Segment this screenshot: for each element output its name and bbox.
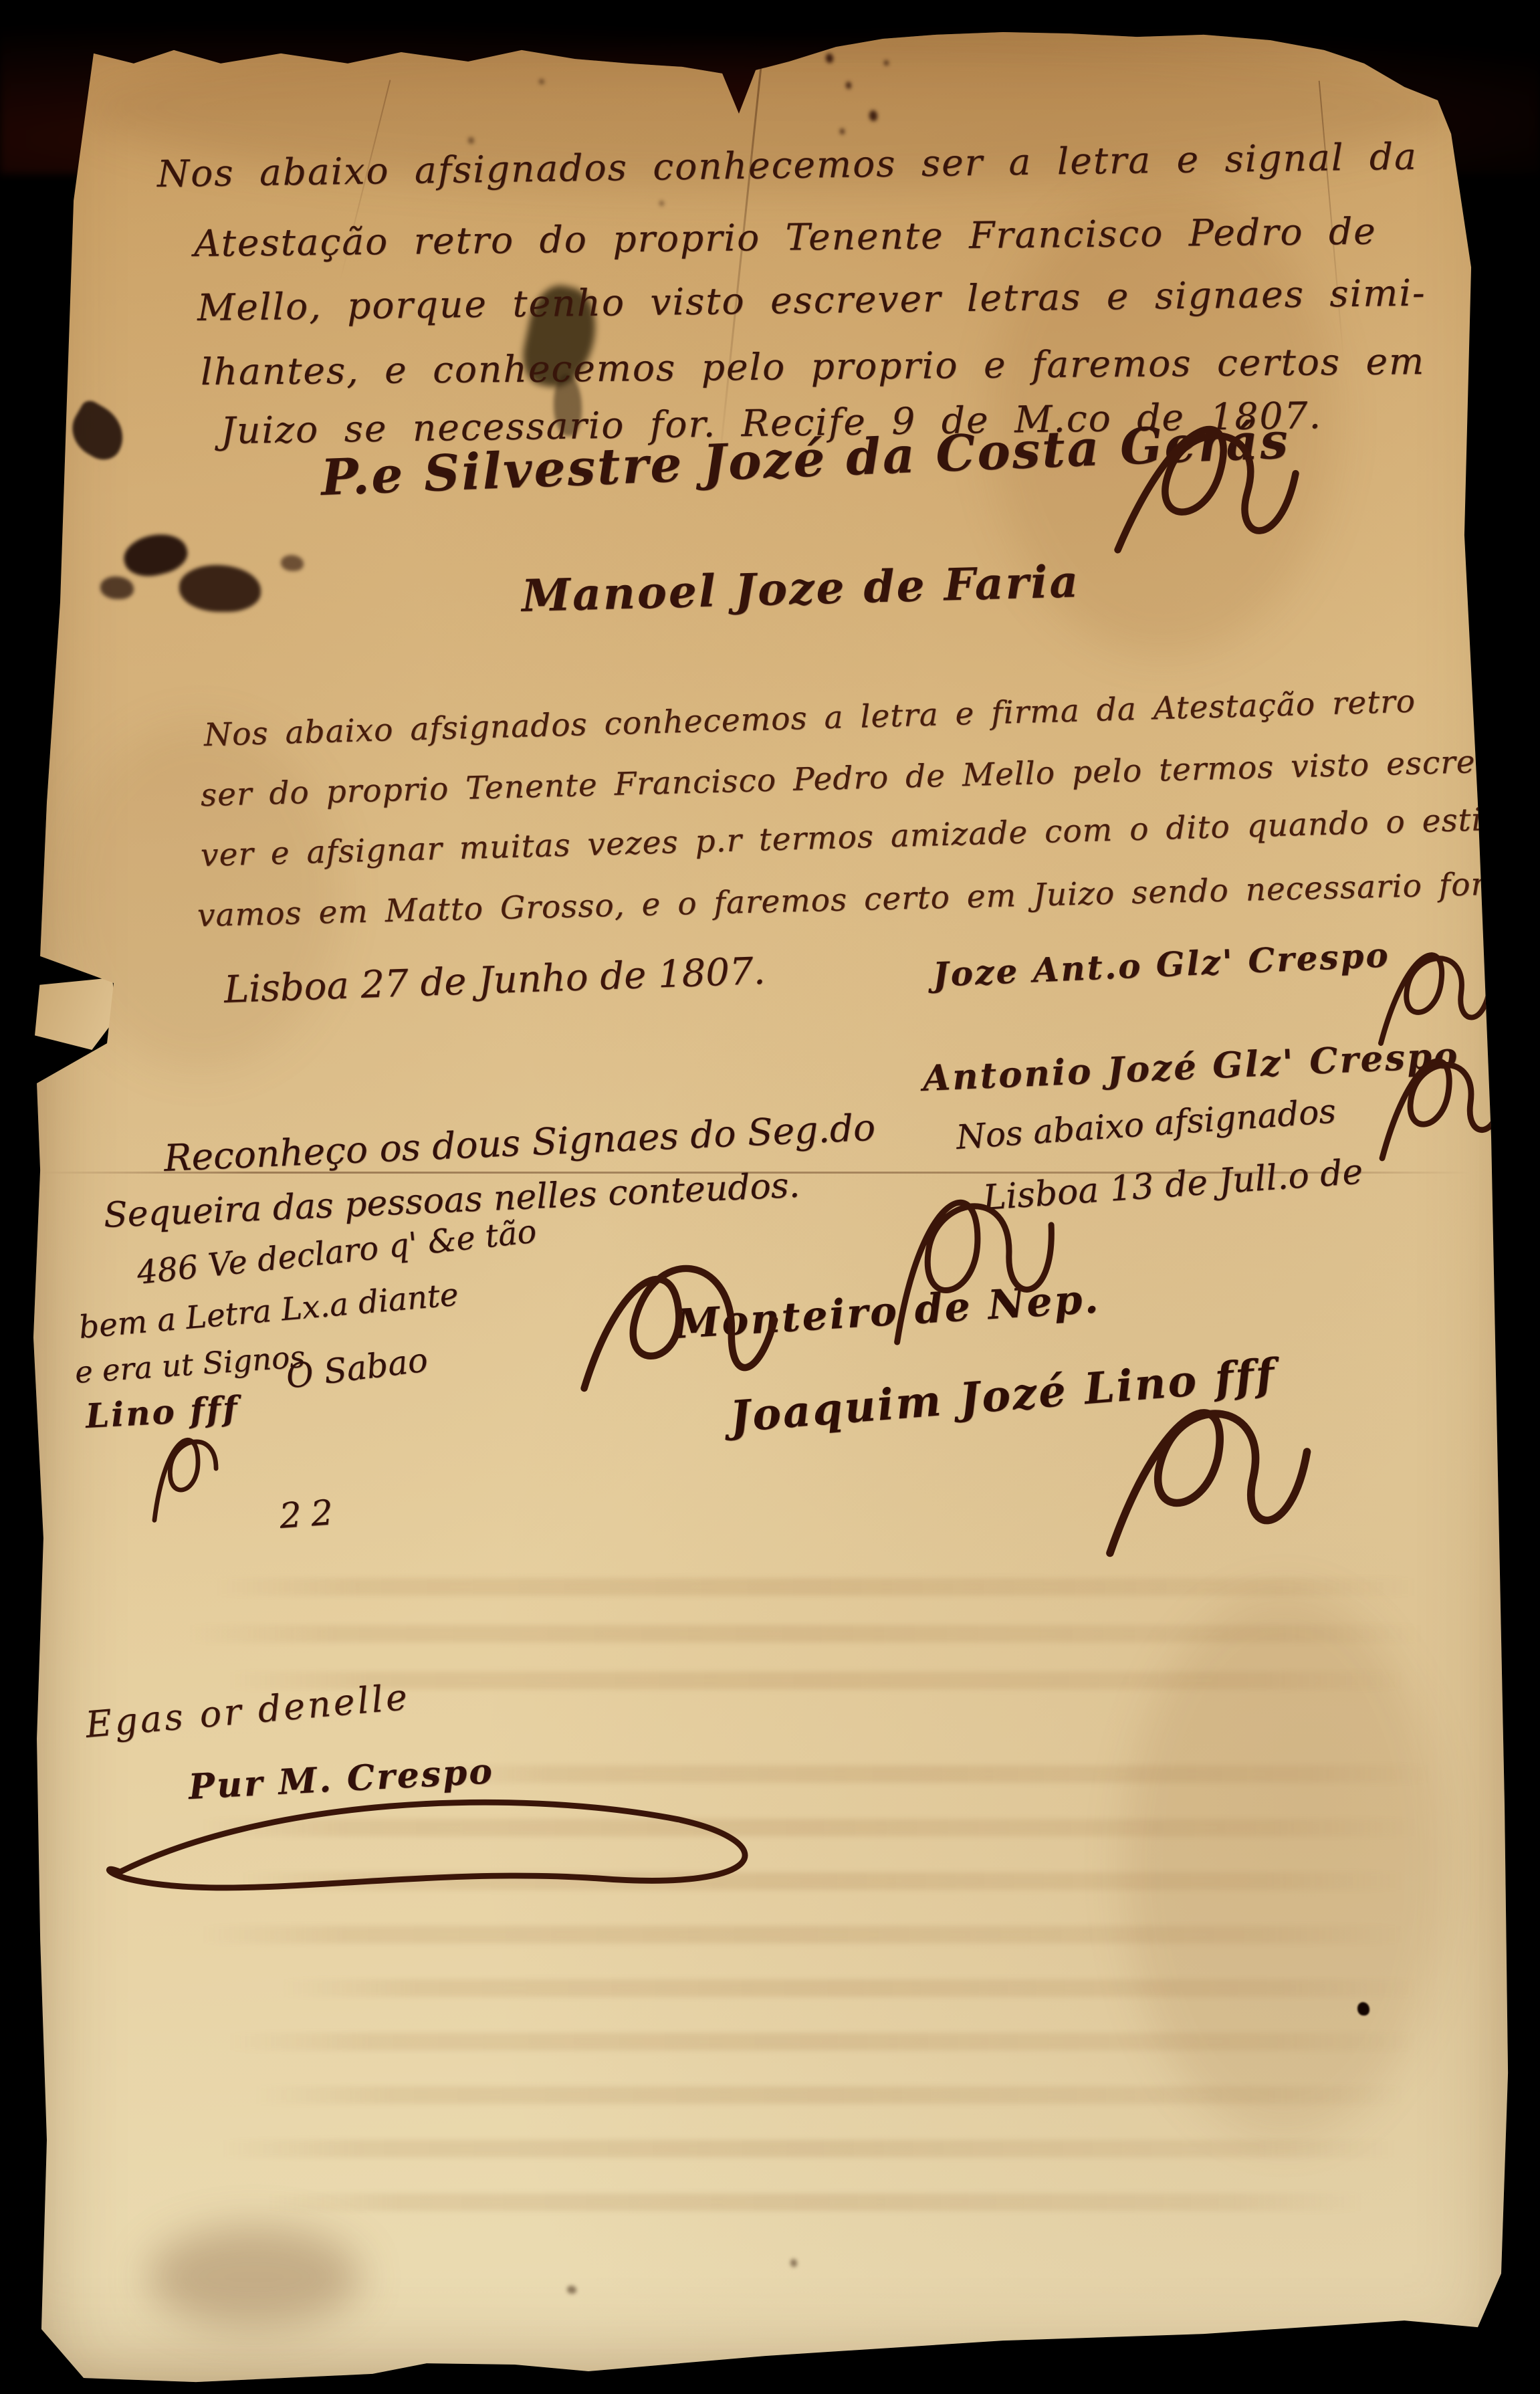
bleed-through-stain xyxy=(227,2033,1418,2050)
pen-flourish xyxy=(1357,1033,1525,1180)
pen-flourish xyxy=(1086,1353,1329,1596)
manuscript-paper: Nos abaixo afsignados conhecemos ser a l… xyxy=(0,0,1540,2394)
ink-mark xyxy=(62,397,134,466)
ink-stain xyxy=(120,528,191,583)
signature-joze-antonio-crespo: Joze Ant.o Glz' Crespo xyxy=(932,935,1391,994)
manuscript-line: Nos abaixo afsignados conhecemos a letra… xyxy=(203,683,1416,754)
manuscript-line: Nos abaixo afsignados xyxy=(955,1091,1337,1157)
manuscript-line: ser do proprio Tenente Francisco Pedro d… xyxy=(200,744,1487,814)
manuscript-line: e era ut Signos xyxy=(74,1339,306,1390)
ink-speck xyxy=(790,2259,797,2267)
bleed-through-stain xyxy=(281,1979,1418,1997)
page-number: 22 xyxy=(278,1493,344,1537)
ink-speck xyxy=(884,60,889,66)
ink-stain xyxy=(281,555,304,571)
ink-speck xyxy=(659,201,664,206)
ink-speck xyxy=(846,82,851,89)
pen-flourish xyxy=(120,1409,268,1540)
ink-speck xyxy=(840,128,845,134)
bleed-through-stain xyxy=(221,2140,1398,2157)
manuscript-line: bem a Letra Lx.a diante xyxy=(78,1276,460,1345)
bleed-through-stain xyxy=(187,1625,1424,1642)
bleed-through-stain xyxy=(254,2086,1404,2104)
manuscript-line: ver e afsignar muitas vezes p.r termos a… xyxy=(200,801,1494,874)
pen-flourish xyxy=(1084,376,1331,606)
ink-stain xyxy=(100,576,134,599)
manuscript-photo: Nos abaixo afsignados conhecemos ser a l… xyxy=(0,0,1540,2394)
bleed-through-stain xyxy=(201,1926,1404,1943)
ink-dot xyxy=(1357,2002,1369,2016)
manuscript-line: O Sabao xyxy=(284,1340,429,1396)
manuscript-line: vamos em Matto Grosso, e o faremos certo… xyxy=(197,866,1487,934)
ink-stain xyxy=(179,565,261,612)
ink-speck xyxy=(869,110,877,121)
torn-edge-fragment xyxy=(35,978,116,1050)
pen-flourish-underline xyxy=(100,1772,822,1919)
signature-manoel-joze-de-faria: Manoel Joze de Faria xyxy=(521,555,1081,622)
ink-speck xyxy=(468,137,474,144)
ink-speck xyxy=(826,53,833,63)
ink-speck xyxy=(539,79,544,84)
pen-flourish xyxy=(839,1152,1099,1376)
aging-stain xyxy=(147,2227,361,2327)
ink-speck xyxy=(567,2286,576,2294)
bleed-through-stain xyxy=(267,2193,1364,2211)
